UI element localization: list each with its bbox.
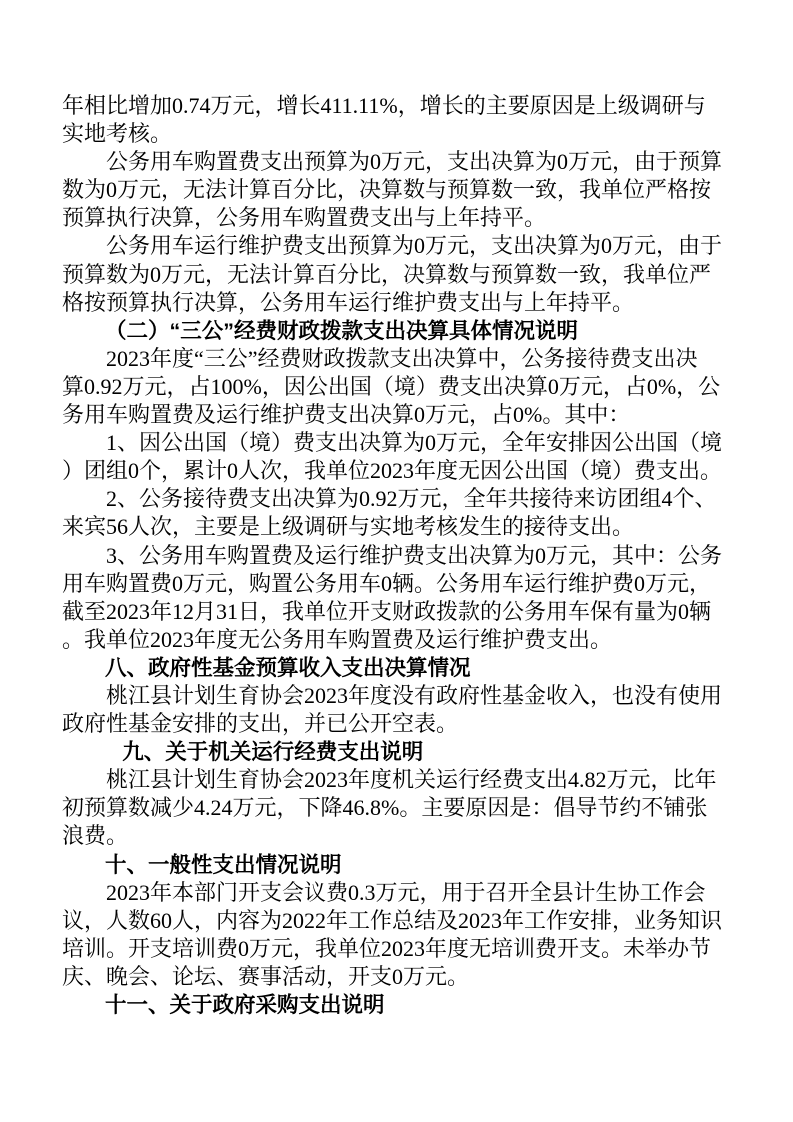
- document-body: 年相比增加0.74万元，增长411.11%，增长的主要原因是上级调研与实地考核。…: [62, 92, 738, 1019]
- section-heading: 十、一般性支出情况说明: [62, 851, 738, 879]
- text-line: 来宾56人次，主要是上级调研与实地考核发生的接待支出。: [62, 513, 738, 541]
- text-line: 1、因公出国（境）费支出决算为0万元，全年安排因公出国（境: [62, 429, 738, 457]
- text-line: 用车购置费0万元，购置公务用车0辆。公务用车运行维护费0万元，: [62, 570, 738, 598]
- section-heading: （二）“三公”经费财政拨款支出决算具体情况说明: [62, 317, 738, 345]
- text-line: 截至2023年12月31日，我单位开支财政拨款的公务用车保有量为0辆: [62, 598, 738, 626]
- text-line: 2023年本部门开支会议费0.3万元，用于召开全县计生协工作会: [62, 879, 738, 907]
- text-line: 3、公务用车购置费及运行维护费支出决算为0万元，其中：公务: [62, 542, 738, 570]
- text-line: 庆、晚会、论坛、赛事活动，开支0万元。: [62, 963, 738, 991]
- text-line: 预算数为0万元，无法计算百分比，决算数与预算数一致，我单位严: [62, 261, 738, 289]
- text-line: ）团组0个，累计0人次，我单位2023年度无因公出国（境）费支出。: [62, 457, 738, 485]
- text-line: 2023年度“三公”经费财政拨款支出决算中，公务接待费支出决: [62, 345, 738, 373]
- section-heading: 十一、关于政府采购支出说明: [62, 991, 738, 1019]
- text-line: 务用车购置费及运行维护费支出决算0万元，占0%。其中：: [62, 401, 738, 429]
- text-line: 议，人数60人，内容为2022年工作总结及2023年工作安排，业务知识: [62, 907, 738, 935]
- text-line: 初预算数减少4.24万元，下降46.8%。主要原因是：倡导节约不铺张: [62, 794, 738, 822]
- text-line: 。我单位2023年度无公务用车购置费及运行维护费支出。: [62, 626, 738, 654]
- text-line: 桃江县计划生育协会2023年度机关运行经费支出4.82万元，比年: [62, 766, 738, 794]
- text-line: 算0.92万元，占100%，因公出国（境）费支出决算0万元，占0%，公: [62, 373, 738, 401]
- text-line: 桃江县计划生育协会2023年度没有政府性基金收入，也没有使用: [62, 682, 738, 710]
- text-line: 培训。开支培训费0万元，我单位2023年度无培训费开支。未举办节: [62, 935, 738, 963]
- text-line: 实地考核。: [62, 120, 738, 148]
- section-heading: 九、关于机关运行经费支出说明: [62, 738, 738, 766]
- text-line: 数为0万元，无法计算百分比，决算数与预算数一致，我单位严格按: [62, 176, 738, 204]
- text-line: 2、公务接待费支出决算为0.92万元，全年共接待来访团组4个、: [62, 485, 738, 513]
- text-line: 预算执行决算，公务用车购置费支出与上年持平。: [62, 204, 738, 232]
- section-heading: 八、政府性基金预算收入支出决算情况: [62, 654, 738, 682]
- text-line: 格按预算执行决算，公务用车运行维护费支出与上年持平。: [62, 289, 738, 317]
- text-line: 年相比增加0.74万元，增长411.11%，增长的主要原因是上级调研与: [62, 92, 738, 120]
- text-line: 公务用车购置费支出预算为0万元，支出决算为0万元，由于预算: [62, 148, 738, 176]
- text-line: 浪费。: [62, 822, 738, 850]
- text-line: 公务用车运行维护费支出预算为0万元，支出决算为0万元，由于: [62, 232, 738, 260]
- document-page: 年相比增加0.74万元，增长411.11%，增长的主要原因是上级调研与实地考核。…: [0, 0, 793, 1122]
- text-line: 政府性基金安排的支出，并已公开空表。: [62, 710, 738, 738]
